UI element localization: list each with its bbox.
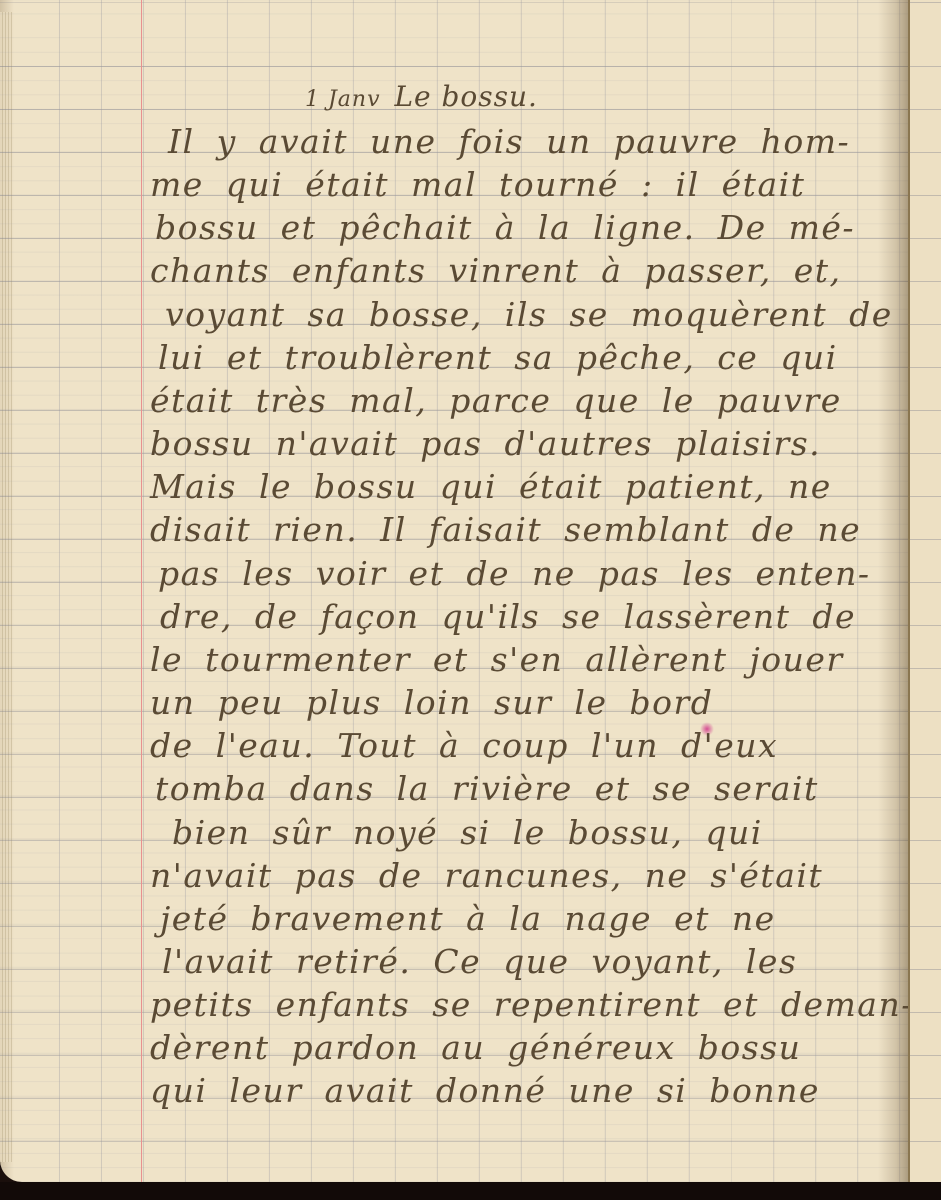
text-line: Mais le bossu qui était patient, ne bbox=[150, 465, 900, 508]
text-line: petits enfants se repentirent et deman- bbox=[150, 983, 900, 1026]
text-line: qui leur avait donné une si bonne bbox=[150, 1069, 900, 1112]
text-line: bossu n'avait pas d'autres plaisirs. bbox=[150, 422, 900, 465]
text-line: de l'eau. Tout à coup l'un d'eux bbox=[150, 724, 900, 767]
text-line: le tourmenter et s'en allèrent jouer bbox=[150, 638, 900, 681]
text-line: dre, de façon qu'ils se lassèrent de bbox=[160, 595, 908, 638]
text-line: bossu et pêchait à la ligne. De mé- bbox=[155, 206, 905, 249]
text-line: me qui était mal tourné : il était bbox=[150, 163, 900, 206]
page-title: 1 Janv Le bossu. bbox=[305, 80, 538, 113]
handwritten-text: 1 Janv Le bossu. Il y avait une fois un … bbox=[0, 0, 908, 1182]
text-line: tomba dans la rivière et se serait bbox=[155, 767, 905, 810]
dark-background bbox=[0, 1182, 941, 1200]
text-line: jeté bravement à la nage et ne bbox=[160, 897, 908, 940]
facing-page-edge bbox=[908, 0, 941, 1182]
text-line: l'avait retiré. Ce que voyant, les bbox=[162, 940, 908, 983]
text-line: pas les voir et de ne pas les enten- bbox=[158, 552, 908, 595]
text-line: Il y avait une fois un pauvre hom- bbox=[168, 120, 908, 163]
text-line: lui et troublèrent sa pêche, ce qui bbox=[158, 336, 908, 379]
text-line: n'avait pas de rancunes, ne s'était bbox=[150, 854, 900, 897]
text-line: un peu plus loin sur le bord bbox=[150, 681, 900, 724]
text-line: disait rien. Il faisait semblant de ne bbox=[150, 508, 900, 551]
text-line: chants enfants vinrent à passer, et, bbox=[150, 249, 900, 292]
title-date: 1 Janv bbox=[305, 87, 381, 112]
text-line: bien sûr noyé si le bossu, qui bbox=[172, 811, 908, 854]
text-line: voyant sa bosse, ils se moquèrent de bbox=[165, 293, 908, 336]
title-text: Le bossu. bbox=[394, 80, 538, 113]
notebook-page: 1 Janv Le bossu. Il y avait une fois un … bbox=[0, 0, 908, 1182]
text-line: était très mal, parce que le pauvre bbox=[150, 379, 900, 422]
text-line: dèrent pardon au généreux bossu bbox=[150, 1026, 900, 1069]
